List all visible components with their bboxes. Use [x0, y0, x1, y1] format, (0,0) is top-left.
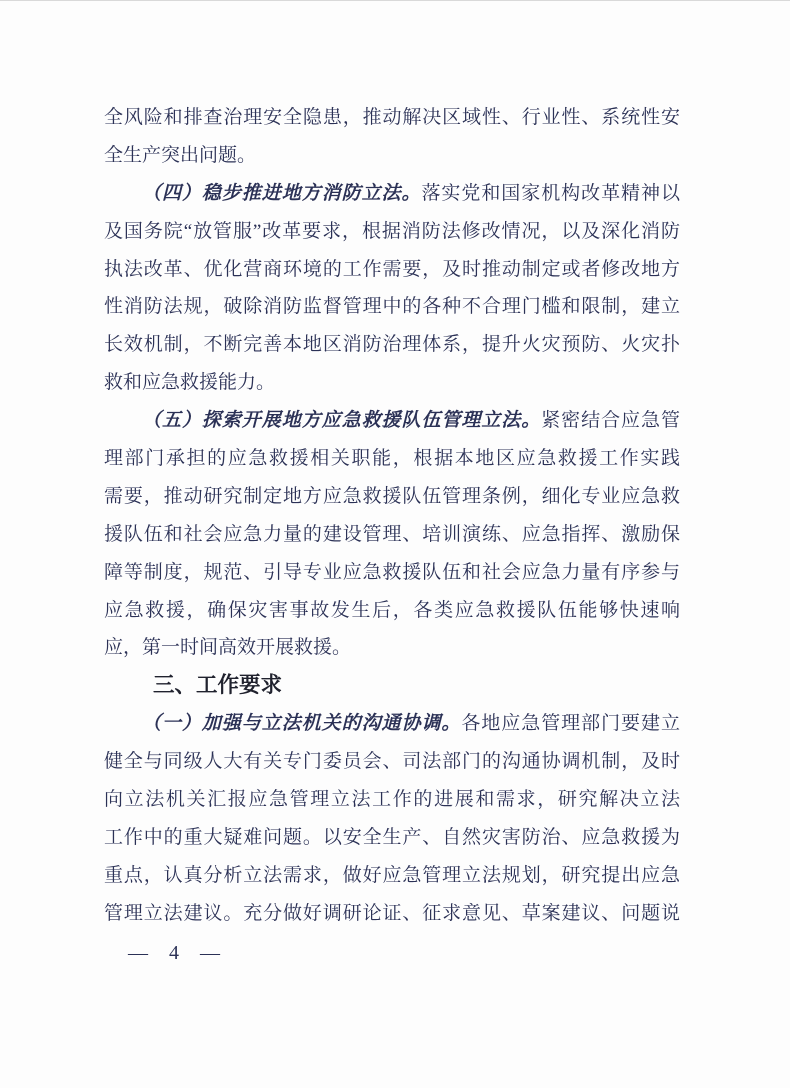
line-text: 需要，推动研究制定地方应急救援队伍管理条例，细化专业应急救: [104, 486, 680, 507]
line-text: 及国务院“放管服”改革要求，根据消防法修改情况，以及深化消防: [104, 221, 680, 242]
paragraph-lead-bold: （一）加强与立法机关的沟通协调。: [142, 713, 461, 734]
line-text: 健全与同级人大有关专门委员会、司法部门的沟通协调机制，及时: [104, 751, 680, 772]
line-text: 全生产突出问题。: [104, 145, 256, 166]
text-line: 全风险和排查治理安全隐患，推动解决区域性、行业性、系统性安: [104, 99, 680, 137]
line-text: 应，第一时间高效开展救援。: [104, 637, 351, 658]
line-text: 执法改革、优化营商环境的工作需要，及时推动制定或者修改地方: [104, 259, 680, 280]
text-line: 救和应急救援能力。: [104, 364, 680, 402]
text-line: 长效机制，不断完善本地区消防治理体系，提升火灾预防、火灾扑: [104, 326, 680, 364]
text-line: 健全与同级人大有关专门委员会、司法部门的沟通协调机制，及时: [104, 743, 680, 781]
paragraph-start-line: （四）稳步推进地方消防立法。落实党和国家机构改革精神以: [104, 175, 680, 213]
line-text: 长效机制，不断完善本地区消防治理体系，提升火灾预防、火灾扑: [104, 334, 680, 355]
document-body: 全风险和排查治理安全隐患，推动解决区域性、行业性、系统性安 全生产突出问题。 （…: [104, 99, 680, 933]
line-text: 向立法机关汇报应急管理立法工作的进展和需求，研究解决立法: [104, 789, 680, 810]
document-page: 全风险和排查治理安全隐患，推动解决区域性、行业性、系统性安 全生产突出问题。 （…: [0, 0, 790, 1088]
paragraph-start-line: （一）加强与立法机关的沟通协调。各地应急管理部门要建立: [104, 705, 680, 743]
line-text: 紧密结合应急管: [541, 410, 680, 431]
line-text: 全风险和排查治理安全隐患，推动解决区域性、行业性、系统性安: [104, 107, 680, 128]
line-text: 各地应急管理部门要建立: [461, 713, 680, 734]
text-line: 全生产突出问题。: [104, 137, 680, 175]
section-heading-text: 三、工作要求: [153, 673, 282, 697]
text-line: 向立法机关汇报应急管理立法工作的进展和需求，研究解决立法: [104, 781, 680, 819]
text-line: 理部门承担的应急救援相关职能，根据本地区应急救援工作实践: [104, 440, 680, 478]
text-line: 应急救援，确保灾害事故发生后，各类应急救援队伍能够快速响: [104, 592, 680, 630]
text-line: 性消防法规，破除消防监督管理中的各种不合理门槛和限制，建立: [104, 288, 680, 326]
paragraph-lead-bold: （四）稳步推进地方消防立法。: [142, 183, 421, 204]
line-text: 救和应急救援能力。: [104, 372, 275, 393]
text-line: 及国务院“放管服”改革要求，根据消防法修改情况，以及深化消防: [104, 213, 680, 251]
text-line: 管理立法建议。充分做好调研论证、征求意见、草案建议、问题说: [104, 895, 680, 933]
text-line: 执法改革、优化营商环境的工作需要，及时推动制定或者修改地方: [104, 251, 680, 289]
line-text: 障等制度，规范、引导专业应急救援队伍和社会应急力量有序参与: [104, 562, 680, 583]
line-text: 援队伍和社会应急力量的建设管理、培训演练、应急指挥、激励保: [104, 524, 680, 545]
line-text: 性消防法规，破除消防监督管理中的各种不合理门槛和限制，建立: [104, 296, 680, 317]
text-line: 需要，推动研究制定地方应急救援队伍管理条例，细化专业应急救: [104, 478, 680, 516]
section-heading: 三、工作要求: [104, 667, 680, 705]
text-line: 工作中的重大疑难问题。以安全生产、自然灾害防治、应急救援为: [104, 819, 680, 857]
line-text: 应急救援，确保灾害事故发生后，各类应急救援队伍能够快速响: [104, 600, 680, 621]
paragraph-lead-bold: （五）探索开展地方应急救援队伍管理立法。: [142, 410, 541, 431]
paragraph-start-line: （五）探索开展地方应急救援队伍管理立法。紧密结合应急管: [104, 402, 680, 440]
scan-edge-line: [0, 0, 790, 1]
line-text: 管理立法建议。充分做好调研论证、征求意见、草案建议、问题说: [104, 903, 680, 924]
page-number: — 4 —: [128, 934, 220, 972]
line-text: 理部门承担的应急救援相关职能，根据本地区应急救援工作实践: [104, 448, 680, 469]
text-line: 重点，认真分析立法需求，做好应急管理立法规划，研究提出应急: [104, 857, 680, 895]
line-text: 重点，认真分析立法需求，做好应急管理立法规划，研究提出应急: [104, 865, 680, 886]
line-text: 落实党和国家机构改革精神以: [421, 183, 680, 204]
text-line: 应，第一时间高效开展救援。: [104, 629, 680, 667]
line-text: 工作中的重大疑难问题。以安全生产、自然灾害防治、应急救援为: [104, 827, 680, 848]
text-line: 援队伍和社会应急力量的建设管理、培训演练、应急指挥、激励保: [104, 516, 680, 554]
text-line: 障等制度，规范、引导专业应急救援队伍和社会应急力量有序参与: [104, 554, 680, 592]
